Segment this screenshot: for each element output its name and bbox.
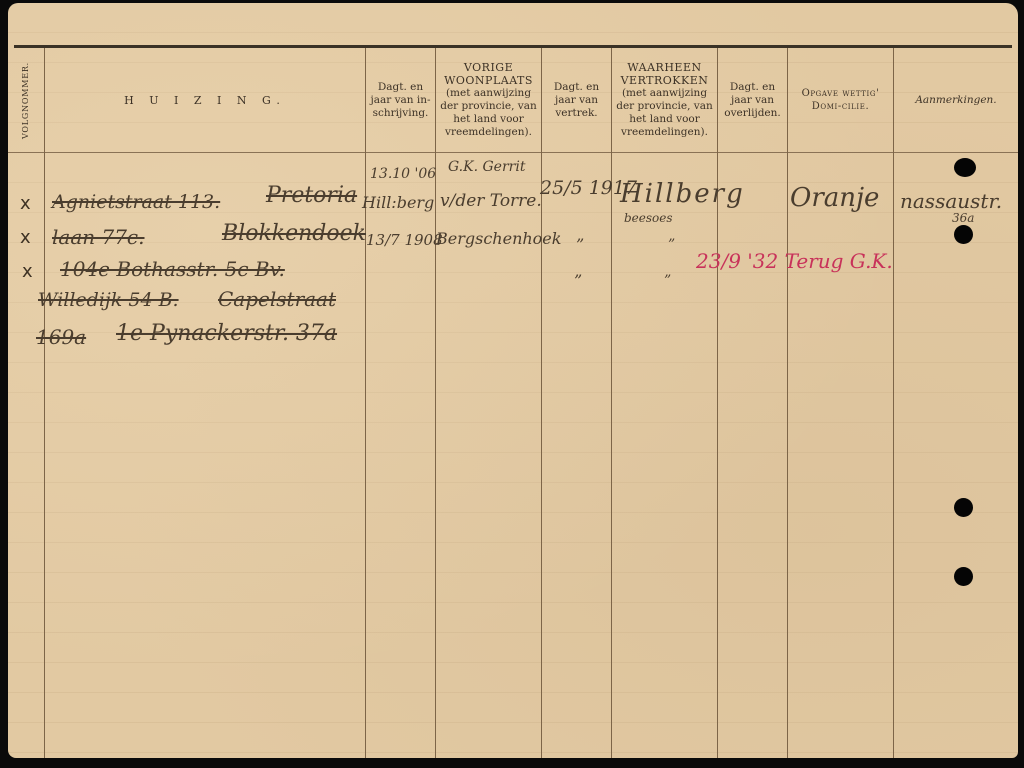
ditto-mark: ” [664,273,671,289]
address-line: Willedijk 54 B. [38,289,179,311]
margin-mark: x [22,261,33,282]
address-line: 169a [36,325,86,349]
address-line: Capelstraat [218,287,336,311]
inschrijving-date: 13/7 1908 [366,231,443,249]
punch-hole [954,498,973,517]
ditto-mark: ” [576,235,584,254]
remarks: 36a [952,211,974,225]
header-huizing: H U I Z I N G. [45,48,365,152]
header-waarheen: WAARHEEN VERTROKKEN (met aanwijzing der … [612,48,717,152]
address-line: Agnietstraat 113. [52,191,220,213]
address-line: 1e Pynackerstr. 37a [116,321,337,346]
ditto-mark: ” [574,271,582,290]
inschrijving-date: 13.10 '06 [370,166,436,182]
column-divider [893,48,894,758]
column-divider [717,48,718,758]
previous-residence: v/der Torre. [440,191,542,211]
column-divider [611,48,612,758]
punch-hole [954,158,976,177]
address-line: 104e Bothasstr. 5c Bv. [60,257,285,281]
address-line: Blokkendoek [222,221,366,246]
register-card: VOLGNOMMER. H U I Z I N G. Dagt. en jaar… [8,3,1018,758]
inschrijving-place: Hill:berg [362,193,434,212]
destination-note: beesoes [624,211,673,225]
remarks: nassaustr. [900,189,1002,213]
header-vorige-woonplaats: VORIGE WOONPLAATS (met aanwijzing der pr… [436,48,541,152]
header-domicilie: Opgave wettig' Domi-cilie. [788,48,893,152]
header-divider [8,152,1018,153]
previous-residence: G.K. Gerrit [448,159,525,175]
header-vertrek: Dagt. en jaar van vertrek. [542,48,611,152]
punch-hole [954,567,973,586]
column-divider [435,48,436,758]
address-line: laan 77c. [52,225,145,249]
ditto-mark: ” [668,237,675,253]
margin-mark: x [20,193,31,214]
red-stamp-annotation: 23/9 '32 Terug G.K. [696,249,893,273]
margin-mark: x [20,227,31,248]
punch-hole [954,225,973,244]
header-volgnommer: VOLGNOMMER. [8,48,44,152]
column-divider [541,48,542,758]
column-divider [365,48,366,758]
header-overlijden: Dagt. en jaar van overlijden. [718,48,787,152]
header-inschrijving: Dagt. en jaar van in-schrijving. [366,48,435,152]
destination: Hillberg [620,179,745,209]
header-aanmerkingen: Aanmerkingen. [894,48,1018,152]
legal-domicile: Oranje [790,183,879,213]
column-divider [44,48,45,758]
previous-residence: Bergschenhoek [436,229,561,248]
column-divider [787,48,788,758]
address-line: Pretoria [266,183,357,208]
